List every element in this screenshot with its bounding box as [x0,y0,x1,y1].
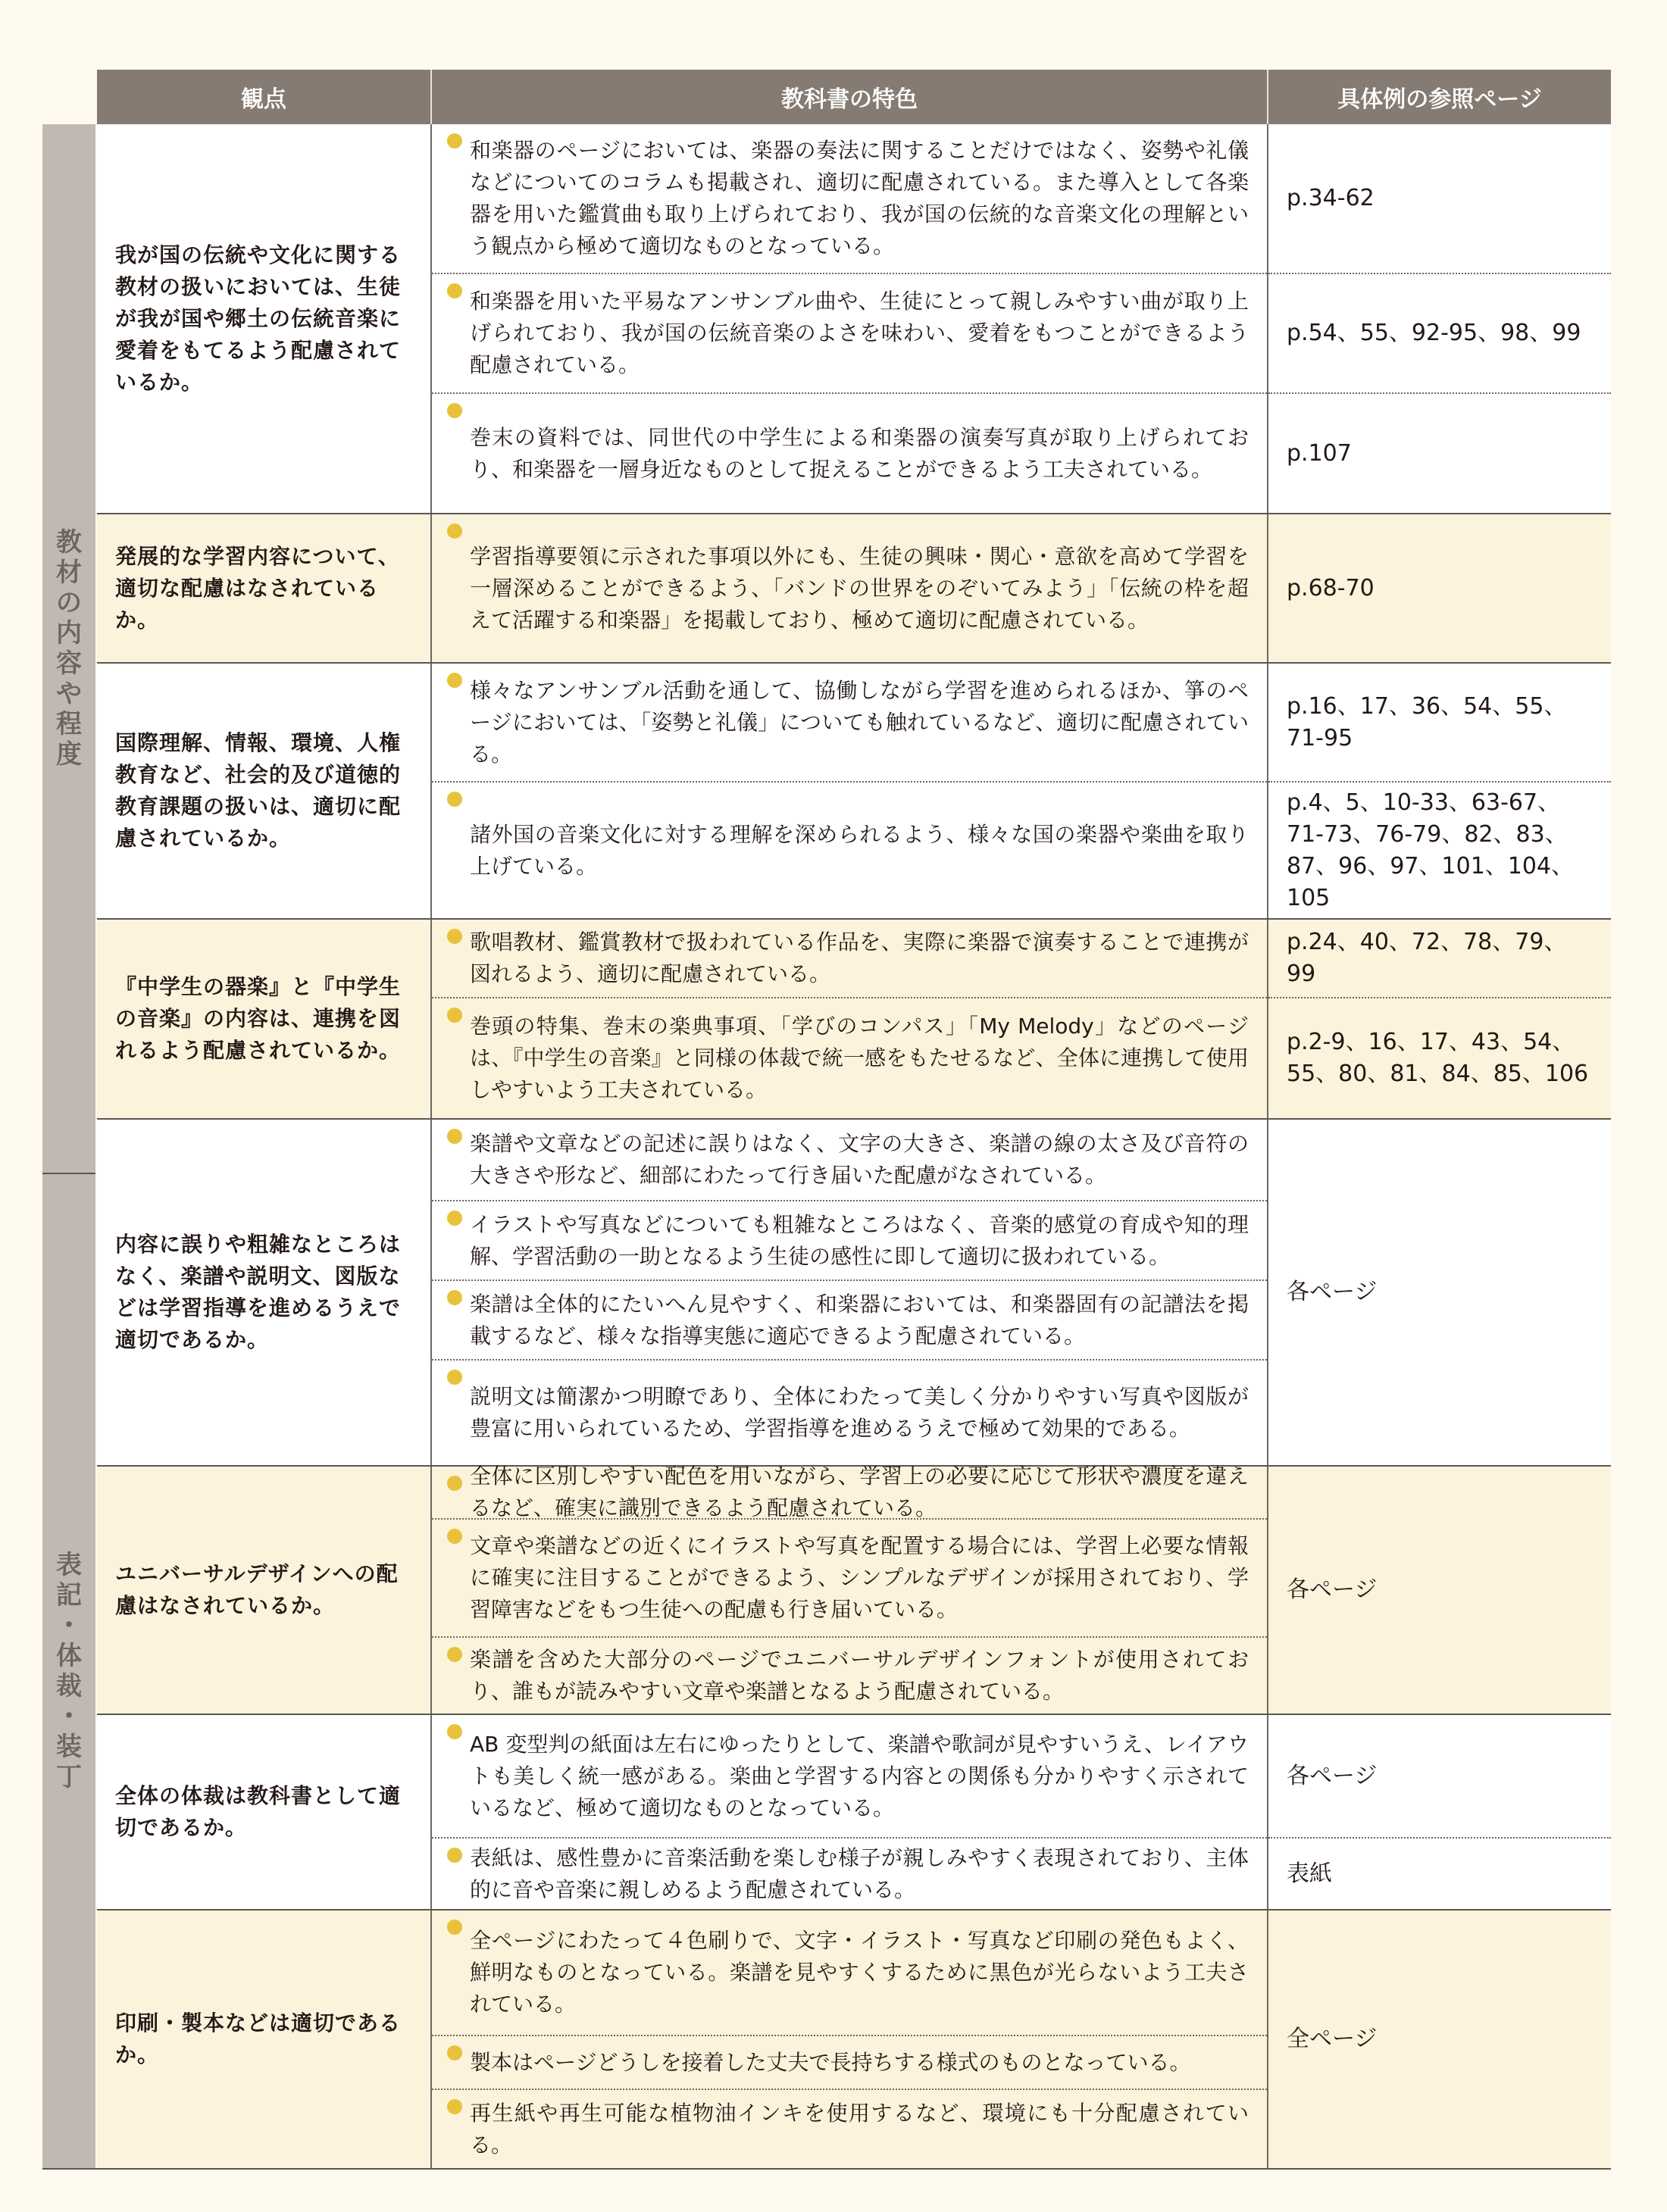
bullet-icon [447,1290,462,1305]
features-cell: 楽譜や文章などの記述に誤りはなく、文字の大きさ、楽譜の線の太さ及び音符の大きさや… [432,1120,1268,1465]
viewpoint-cell: ユニバーサルデザインへの配慮はなされているか。 [97,1467,432,1714]
feature-text: 楽譜は全体的にたいへん見やすく、和楽器においては、和楽器固有の記譜法を掲載するな… [470,1289,1249,1352]
reference-pages: p.24、40、72、78、79、99 [1268,920,1611,997]
reference-pages: 表紙 [1268,1837,1611,1909]
section-char: 体 [56,1641,82,1671]
features-cell: 全体に区別しやすい配色を用いながら、学習上の必要に応じて形状や濃度を違えるなど、… [432,1467,1268,1714]
reference-pages: p.34-62 [1268,124,1611,273]
feature-item: 楽譜を含めた大部分のページでユニバーサルデザインフォントが使用されており、誰もが… [432,1636,1267,1714]
feature-text: AB 変型判の紙面は左右にゆったりとして、楽譜や歌詞が見やすいうえ、レイアウトも… [470,1729,1249,1824]
feature-item: 様々なアンサンブル活動を通して、協働しながら学習を進められるほか、箏のページにお… [432,664,1267,781]
feature-text: 全ページにわたって４色刷りで、文字・イラスト・写真など印刷の発色もよく、鮮明なも… [470,1925,1249,2020]
reference-cell: p.34-62 p.54、55、92-95、98、99 p.107 [1268,124,1611,513]
bullet-icon [447,1476,462,1491]
section-label-content: 教 材 の 内 容 や 程 度 [42,124,95,1173]
reference-cell: 各ページ [1268,1467,1611,1714]
section-char: 表 [56,1550,82,1580]
feature-item: 和楽器を用いた平易なアンサンブル曲や、生徒にとって親しみやすい曲が取り上げられて… [432,273,1267,392]
table-row: 国際理解、情報、環境、人権教育など、社会的及び道徳的教育課題の扱いは、適切に配慮… [97,662,1611,918]
bullet-icon [447,283,462,298]
features-cell: 全ページにわたって４色刷りで、文字・イラスト・写真など印刷の発色もよく、鮮明なも… [432,1911,1268,2168]
section-char: ・ [56,1701,82,1732]
section-char: 記 [56,1580,82,1611]
features-cell: 学習指導要領に示された事項以外にも、生徒の興味・関心・意欲を高めて学習を一層深め… [432,514,1268,662]
table-row: 我が国の伝統や文化に関する教材の扱いにおいては、生徒が我が国や郷土の伝統音楽に愛… [97,124,1611,513]
feature-item: 巻末の資料では、同世代の中学生による和楽器の演奏写真が取り上げられており、和楽器… [432,392,1267,513]
reference-cell: 各ページ [1268,1120,1611,1465]
feature-item: 再生紙や再生可能な植物油インキを使用するなど、環境にも十分配慮されている。 [432,2089,1267,2168]
reference-pages: 各ページ [1268,1120,1611,1465]
bullet-icon [447,403,462,418]
section-char: 内 [56,618,82,648]
bullet-icon [447,1129,462,1144]
viewpoint-cell: 『中学生の器楽』と『中学生の音楽』の内容は、連携を図れるよう配慮されているか。 [97,920,432,1118]
bullet-icon [447,2045,462,2060]
table-row: 内容に誤りや粗雑なところはなく、楽譜や説明文、図版などは学習指導を進めるうえで適… [97,1118,1611,1465]
bullet-icon [447,2099,462,2114]
viewpoint-cell: 全体の体裁は教科書として適切であるか。 [97,1715,432,1909]
table-row: 発展的な学習内容について、適切な配慮はなされているか。 学習指導要領に示された事… [97,513,1611,662]
viewpoint-cell: 発展的な学習内容について、適切な配慮はなされているか。 [97,514,432,662]
table-header: 観点 教科書の特色 具体例の参照ページ [97,70,1611,124]
feature-item: 和楽器のページにおいては、楽器の奏法に関することだけではなく、姿勢や礼儀などにつ… [432,124,1267,273]
feature-text: 表紙は、感性豊かに音楽活動を楽しむ様子が親しみやすく表現されており、主体的に音や… [470,1842,1249,1906]
feature-item: 諸外国の音楽文化に対する理解を深められるよう、様々な国の楽器や楽曲を取り上げてい… [432,781,1267,918]
feature-text: 学習指導要領に示された事項以外にも、生徒の興味・関心・意欲を高めて学習を一層深め… [470,541,1249,636]
feature-text: 楽譜を含めた大部分のページでユニバーサルデザインフォントが使用されており、誰もが… [470,1644,1249,1707]
feature-text: 楽譜や文章などの記述に誤りはなく、文字の大きさ、楽譜の線の太さ及び音符の大きさや… [470,1128,1249,1192]
section-label-notation: 表 記 ・ 体 裁 ・ 装 丁 [42,1173,95,2168]
section-char: 教 [56,527,82,558]
section-char: 程 [56,709,82,739]
feature-text: 説明文は簡潔かつ明瞭であり、全体にわたって美しく分かりやすい写真や図版が豊富に用… [470,1381,1249,1445]
feature-text: 歌唱教材、鑑賞教材で扱われている作品を、実際に楽器で演奏することで連携が図れるよ… [470,926,1249,990]
bullet-icon [447,1529,462,1544]
table-row: 印刷・製本などは適切であるか。 全ページにわたって４色刷りで、文字・イラスト・写… [97,1909,1611,2168]
reference-cell: 全ページ [1268,1911,1611,2168]
reference-cell: p.16、17、36、54、55、71-95 p.4、5、10-33、63-67… [1268,664,1611,918]
bullet-icon [447,1211,462,1226]
section-char: 裁 [56,1671,82,1701]
reference-pages: p.16、17、36、54、55、71-95 [1268,664,1611,781]
feature-item: 文章や楽譜などの近くにイラストや写真を配置する場合には、学習上必要な情報に確実に… [432,1518,1267,1636]
header-viewpoint: 観点 [97,70,432,124]
feature-text: 製本はページどうしを接着した丈夫で長持ちする様式のものとなっている。 [470,2047,1249,2079]
bullet-icon [447,1848,462,1863]
viewpoint-cell: 我が国の伝統や文化に関する教材の扱いにおいては、生徒が我が国や郷土の伝統音楽に愛… [97,124,432,513]
feature-item: 学習指導要領に示された事項以外にも、生徒の興味・関心・意欲を高めて学習を一層深め… [432,514,1267,662]
feature-text: 和楽器のページにおいては、楽器の奏法に関することだけではなく、姿勢や礼儀などにつ… [470,135,1249,262]
section-char: 容 [56,648,82,679]
feature-text: 文章や楽譜などの近くにイラストや写真を配置する場合には、学習上必要な情報に確実に… [470,1530,1249,1626]
bullet-icon [447,1008,462,1023]
feature-item: AB 変型判の紙面は左右にゆったりとして、楽譜や歌詞が見やすいうえ、レイアウトも… [432,1715,1267,1837]
feature-text: 巻頭の特集、巻末の楽典事項、「学びのコンパス」「My Melody」などのページ… [470,1011,1249,1106]
viewpoint-cell: 印刷・製本などは適切であるか。 [97,1911,432,2168]
reference-pages: p.54、55、92-95、98、99 [1268,273,1611,392]
feature-text: イラストや写真などについても粗雑なところはなく、音楽的感覚の育成や知的理解、学習… [470,1209,1249,1273]
feature-text: 全体に区別しやすい配色を用いながら、学習上の必要に応じて形状や濃度を違えるなど、… [470,1461,1249,1524]
section-char: 材 [56,558,82,588]
feature-item: 巻頭の特集、巻末の楽典事項、「学びのコンパス」「My Melody」などのページ… [432,997,1267,1118]
feature-item: 表紙は、感性豊かに音楽活動を楽しむ様子が親しみやすく表現されており、主体的に音や… [432,1837,1267,1909]
reference-pages: p.107 [1268,392,1611,513]
feature-item: イラストや写真などについても粗雑なところはなく、音楽的感覚の育成や知的理解、学習… [432,1200,1267,1279]
feature-item: 楽譜は全体的にたいへん見やすく、和楽器においては、和楽器固有の記譜法を掲載するな… [432,1279,1267,1359]
bullet-icon [447,1724,462,1739]
viewpoint-cell: 国際理解、情報、環境、人権教育など、社会的及び道徳的教育課題の扱いは、適切に配慮… [97,664,432,918]
feature-item: 歌唱教材、鑑賞教材で扱われている作品を、実際に楽器で演奏することで連携が図れるよ… [432,920,1267,997]
reference-pages: 各ページ [1268,1715,1611,1837]
bullet-icon [447,133,462,148]
header-features: 教科書の特色 [432,70,1268,124]
reference-cell: 各ページ 表紙 [1268,1715,1611,1909]
feature-text: 巻末の資料では、同世代の中学生による和楽器の演奏写真が取り上げられており、和楽器… [470,422,1249,486]
feature-text: 諸外国の音楽文化に対する理解を深められるよう、様々な国の楽器や楽曲を取り上げてい… [470,819,1249,883]
reference-pages: p.4、5、10-33、63-67、71-73、76-79、82、83、87、9… [1268,781,1611,918]
reference-cell: p.24、40、72、78、79、99 p.2-9、16、17、43、54、55… [1268,920,1611,1118]
section-char: 丁 [56,1762,82,1792]
feature-item: 説明文は簡潔かつ明瞭であり、全体にわたって美しく分かりやすい写真や図版が豊富に用… [432,1359,1267,1465]
section-char: や [56,679,82,709]
reference-pages: p.2-9、16、17、43、54、55、80、81、84、85、106 [1268,997,1611,1118]
bullet-icon [447,1647,462,1662]
bullet-icon [447,792,462,807]
bullet-icon [447,1920,462,1935]
reference-pages: p.68-70 [1268,514,1611,662]
section-char: 装 [56,1732,82,1762]
table-row: ユニバーサルデザインへの配慮はなされているか。 全体に区別しやすい配色を用いなが… [97,1465,1611,1714]
section-char: 度 [56,739,82,770]
bullet-icon [447,523,462,539]
feature-item: 製本はページどうしを接着した丈夫で長持ちする様式のものとなっている。 [432,2035,1267,2089]
reference-cell: p.68-70 [1268,514,1611,662]
viewpoint-cell: 内容に誤りや粗雑なところはなく、楽譜や説明文、図版などは学習指導を進めるうえで適… [97,1120,432,1465]
reference-pages: 各ページ [1268,1467,1611,1714]
feature-text: 様々なアンサンブル活動を通して、協働しながら学習を進められるほか、箏のページにお… [470,675,1249,770]
features-cell: 歌唱教材、鑑賞教材で扱われている作品を、実際に楽器で演奏することで連携が図れるよ… [432,920,1268,1118]
table-bottom-rule [42,2168,1611,2170]
features-cell: AB 変型判の紙面は左右にゆったりとして、楽譜や歌詞が見やすいうえ、レイアウトも… [432,1715,1268,1909]
feature-text: 再生紙や再生可能な植物油インキを使用するなど、環境にも十分配慮されている。 [470,2098,1249,2161]
header-reference-pages: 具体例の参照ページ [1268,70,1611,124]
feature-item: 楽譜や文章などの記述に誤りはなく、文字の大きさ、楽譜の線の太さ及び音符の大きさや… [432,1120,1267,1200]
features-cell: 和楽器のページにおいては、楽器の奏法に関することだけではなく、姿勢や礼儀などにつ… [432,124,1268,513]
feature-item: 全体に区別しやすい配色を用いながら、学習上の必要に応じて形状や濃度を違えるなど、… [432,1467,1267,1518]
section-char: の [56,588,82,618]
table-row: 全体の体裁は教科書として適切であるか。 AB 変型判の紙面は左右にゆったりとして… [97,1714,1611,1909]
section-char: ・ [56,1611,82,1641]
bullet-icon [447,673,462,688]
reference-pages: 全ページ [1268,1911,1611,2168]
table-row: 『中学生の器楽』と『中学生の音楽』の内容は、連携を図れるよう配慮されているか。 … [97,918,1611,1118]
bullet-icon [447,929,462,944]
features-cell: 様々なアンサンブル活動を通して、協働しながら学習を進められるほか、箏のページにお… [432,664,1268,918]
bullet-icon [447,1370,462,1385]
feature-text: 和楽器を用いた平易なアンサンブル曲や、生徒にとって親しみやすい曲が取り上げられて… [470,286,1249,381]
feature-item: 全ページにわたって４色刷りで、文字・イラスト・写真など印刷の発色もよく、鮮明なも… [432,1911,1267,2035]
